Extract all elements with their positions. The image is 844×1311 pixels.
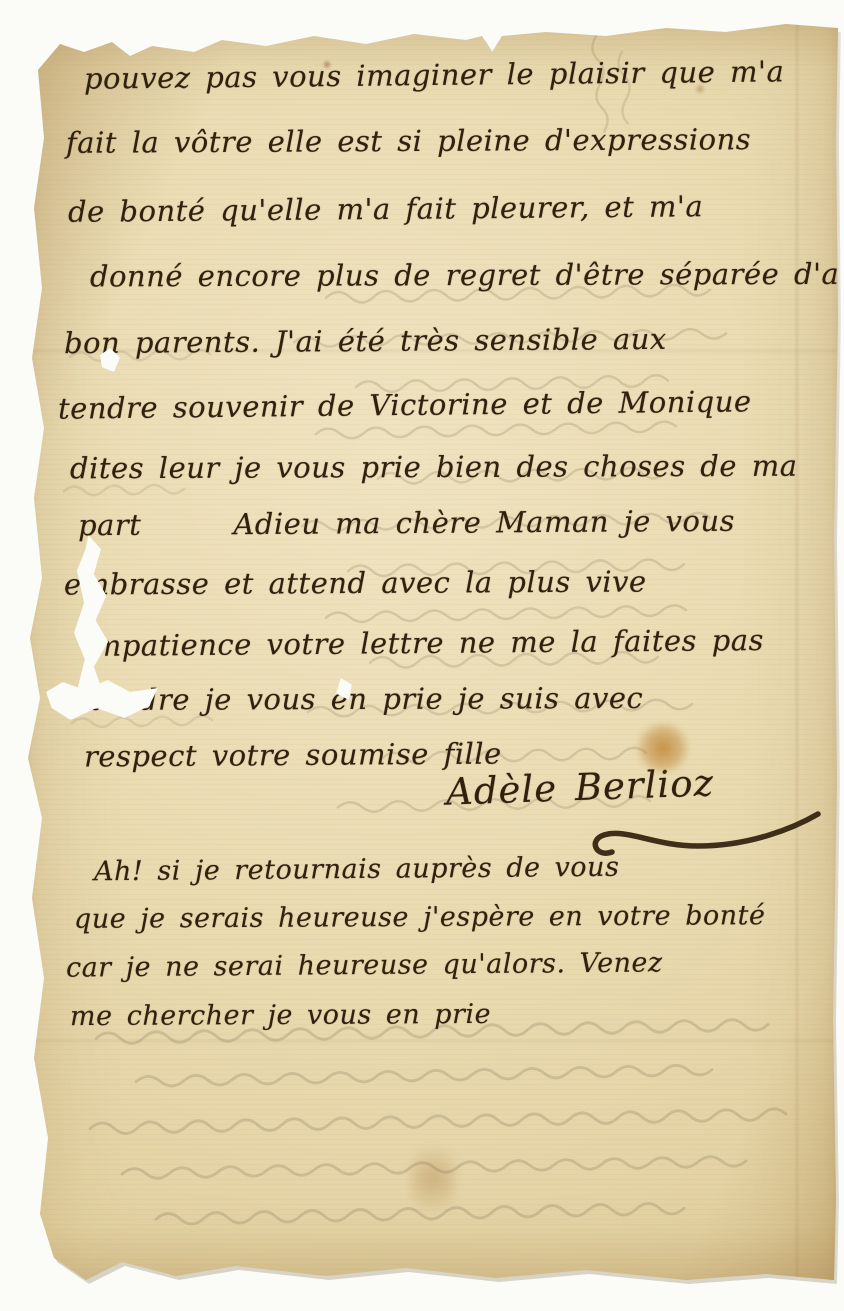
handwritten-line: bon parents. J'ai été très sensible aux (64, 322, 667, 360)
handwritten-line: tendre souvenir de Victorine et de Moniq… (58, 384, 752, 425)
line-gap (141, 534, 233, 535)
handwritten-line: impatience votre lettre ne me la faites … (84, 623, 764, 663)
fold-crease-horizontal (26, 1040, 838, 1042)
handwritten-line: pouvez pas vous imaginer le plaisir que … (84, 54, 785, 95)
postscript-line: Ah! si je retournais auprès de vous (94, 852, 620, 888)
fold-crease-vertical (796, 18, 798, 1290)
farewell-opening: Adieu ma chère Maman je vous (233, 504, 735, 542)
part-word: part (78, 508, 142, 542)
handwritten-line: attendre je vous en prie je suis avec (60, 681, 643, 717)
postscript-line: me chercher je vous en prie (70, 999, 491, 1032)
handwritten-line: fait la vôtre elle est si pleine d'expre… (66, 122, 751, 160)
handwritten-line: respect votre soumise fille (84, 737, 502, 774)
ink-stain (410, 1136, 456, 1222)
handwritten-line: partAdieu ma chère Maman je vous (78, 504, 735, 543)
postscript-line: que je serais heureuse j'espère en votre… (74, 900, 766, 935)
scan-background: pouvez pas vous imaginer le plaisir que … (0, 0, 844, 1311)
postscript-line: car je ne serai heureuse qu'alors. Venez (66, 947, 663, 983)
handwritten-line: de bonté qu'elle m'a fait pleurer, et m'… (68, 189, 704, 229)
handwritten-line: dites leur je vous prie bien des choses … (70, 449, 798, 486)
handwritten-line: embrasse et attend avec la plus vive (64, 564, 647, 601)
handwritten-line: donné encore plus de regret d'être sépar… (90, 257, 844, 294)
letter-page: pouvez pas vous imaginer le plaisir que … (26, 18, 838, 1290)
